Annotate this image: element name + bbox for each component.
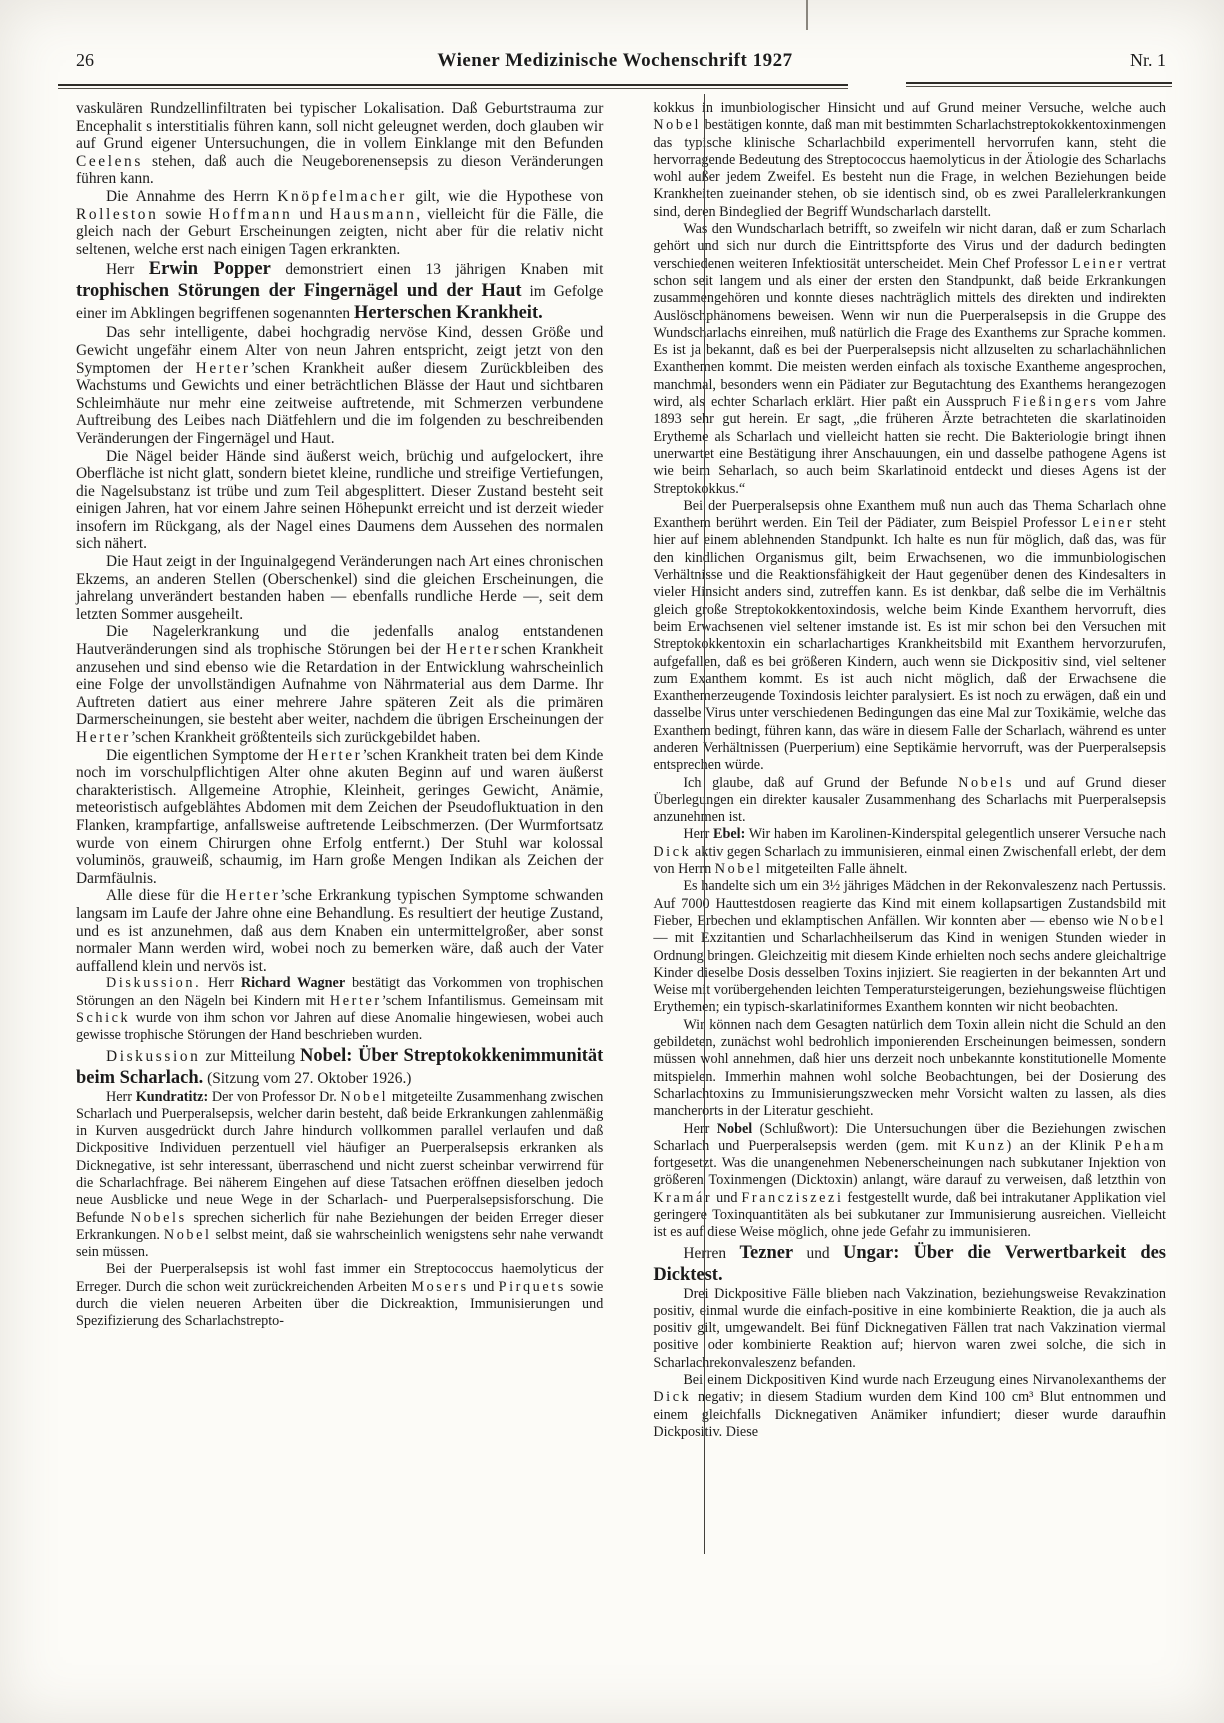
text-segment: demonstriert einen 13 jährigen Knaben mi…: [271, 261, 604, 278]
paragraph: Bei einem Dickpositiven Kind wurde nach …: [653, 1372, 1166, 1441]
text-segment: Leiner: [1081, 515, 1134, 531]
text-segment: ’schen Krankheit traten bei dem Kinde no…: [76, 747, 603, 887]
text-segment: Kundratitz:: [136, 1089, 209, 1105]
text-segment: ’schen Krankheit größtenteils sich zurüc…: [131, 729, 481, 746]
text-segment: Peham: [1114, 1138, 1166, 1154]
text-segment: mitgeteilte Zusammenhang zwischen Scharl…: [76, 1089, 603, 1226]
text-segment: vaskulären Rundzellinfiltraten bei typis…: [76, 100, 603, 152]
paragraph: Wir können nach dem Gesagten natürlich d…: [653, 1017, 1166, 1121]
text-segment: Herter: [307, 747, 362, 764]
text-segment: Dick: [653, 844, 691, 860]
text-segment: wurde von ihm schon vor Jahren auf diese…: [76, 1010, 603, 1043]
text-segment: Die Haut zeigt in der Inguinalgegend Ver…: [76, 553, 603, 623]
text-segment: Drei Dickpositive Fälle blieben nach Vak…: [653, 1286, 1166, 1371]
paragraph: Herr Kundratitz: Der von Professor Dr. N…: [76, 1089, 603, 1262]
text-segment: Wir haben im Karolinen-Kinderspital gele…: [745, 826, 1166, 842]
text-segment: Pirquets: [499, 1279, 566, 1295]
paragraph: Herr Erwin Popper demonstriert einen 13 …: [76, 258, 603, 324]
text-segment: Schick: [76, 1010, 130, 1026]
text-segment: Herr: [106, 1089, 136, 1105]
text-segment: und: [292, 206, 329, 223]
paragraph: Herr Nobel (Schlußwort): Die Untersuchun…: [653, 1121, 1166, 1242]
text-segment: steht hier auf einem ablehnenden Standpu…: [653, 515, 1166, 773]
text-segment: Die eigentlichen Symptome der: [106, 747, 307, 764]
text-segment: zur Mitteilung: [200, 1048, 300, 1065]
issue-number: Nr. 1: [1130, 50, 1166, 71]
text-segment: Ceelens: [76, 153, 143, 170]
text-segment: Nobel: [1118, 913, 1166, 929]
text-segment: Herren: [683, 1245, 739, 1262]
text-segment: Herr: [683, 1121, 716, 1137]
text-columns: vaskulären Rundzellinfiltraten bei typis…: [76, 100, 1166, 1441]
text-segment: Herr: [683, 826, 713, 842]
text-segment: vertrat schon seit langem und als einer …: [653, 256, 1166, 410]
text-segment: Herter: [225, 887, 280, 904]
text-segment: — mit Exzitantien und Scharlachheilserum…: [653, 930, 1166, 1015]
text-segment: Herter: [196, 360, 251, 377]
text-segment: ) an der Klinik: [1006, 1138, 1114, 1154]
paragraph: Die Haut zeigt in der Inguinalgegend Ver…: [76, 553, 603, 623]
right-column: kokkus in imunbiologischer Hinsicht und …: [653, 100, 1166, 1441]
paragraph: Das sehr intelligente, dabei hochgradig …: [76, 324, 603, 447]
paragraph: Ich glaube, daß auf Grund der Befunde No…: [653, 775, 1166, 827]
text-segment: Herr: [106, 261, 149, 278]
paragraph: Alle diese für die Herter’sche Erkrankun…: [76, 887, 603, 975]
text-segment: Herter: [446, 641, 501, 658]
paragraph: Es handelte sich um ein 3½ jähriges Mädc…: [653, 878, 1166, 1016]
text-segment: Rolleston: [76, 206, 158, 223]
paragraph: Die Nägel beider Hände sind äußerst weic…: [76, 448, 603, 554]
text-segment: und: [793, 1245, 843, 1262]
text-segment: Ich glaube, daß auf Grund der Befunde: [683, 775, 958, 791]
text-segment: Hausmann: [330, 206, 417, 223]
paragraph: Diskussion. Herr Richard Wagner bestätig…: [76, 975, 603, 1044]
header-rule-right: [906, 82, 1172, 87]
left-column: vaskulären Rundzellinfiltraten bei typis…: [76, 100, 603, 1441]
paragraph: Herren Tezner und Ungar: Über die Verwer…: [653, 1242, 1166, 1286]
paragraph: Was den Wundscharlach betrifft, so zweif…: [653, 221, 1166, 498]
column-divider: [704, 94, 705, 1554]
text-segment: und: [469, 1279, 499, 1295]
journal-page: 26 Wiener Medizinische Wochenschrift 192…: [0, 0, 1224, 1723]
paragraph: Diskussion zur Mitteilung Nobel: Über St…: [76, 1045, 603, 1089]
text-segment: trophischen Störungen der Fingernägel un…: [76, 280, 522, 300]
journal-title: Wiener Medizinische Wochenschrift 1927: [58, 50, 1172, 72]
text-segment: Francziszezi: [741, 1190, 843, 1206]
text-segment: Nobels: [131, 1210, 187, 1226]
text-segment: Nobels: [958, 775, 1014, 791]
text-segment: bestätigen konnte, daß man mit bestimmte…: [653, 117, 1166, 219]
paragraph: Bei der Puerperalsepsis ist wohl fast im…: [76, 1261, 603, 1330]
paragraph: Die Nagelerkrankung und die jedenfalls a…: [76, 623, 603, 746]
text-segment: Herterschen Krankheit.: [354, 302, 543, 322]
scan-fold-mark: [806, 0, 808, 30]
text-segment: Alle diese für die: [106, 887, 225, 904]
text-segment: Herter: [330, 993, 382, 1009]
paragraph: vaskulären Rundzellinfiltraten bei typis…: [76, 100, 603, 188]
text-segment: Wir können nach dem Gesagten natürlich d…: [653, 1017, 1166, 1119]
text-segment: Hoffmann: [209, 206, 293, 223]
text-segment: Nobel: [717, 1121, 752, 1137]
text-segment: (Sitzung vom 27. Oktober 1926.): [203, 1070, 411, 1087]
header-rule-left: [58, 84, 848, 89]
paragraph: Bei der Puerperalsepsis ohne Exanthem mu…: [653, 498, 1166, 775]
text-segment: Diskussion: [106, 1048, 200, 1065]
text-segment: Nobel: [653, 117, 701, 133]
text-segment: Dick: [653, 1389, 691, 1405]
text-segment: Der von Professor Dr.: [208, 1089, 340, 1105]
text-segment: Erwin Popper: [149, 258, 271, 278]
text-segment: gilt, wie die Hypothese von: [407, 188, 603, 205]
text-segment: Die Nägel beider Hände sind äußerst weic…: [76, 448, 603, 553]
text-segment: Bei einem Dickpositiven Kind wurde nach …: [683, 1372, 1166, 1388]
text-segment: Ebel:: [713, 826, 745, 842]
text-segment: kokkus in imunbiologischer Hinsicht und …: [653, 100, 1166, 116]
text-segment: Herter: [76, 729, 131, 746]
text-segment: Leiner: [1072, 256, 1125, 272]
text-segment: fortgesetzt. Was die unangenehmen Nebene…: [653, 1155, 1166, 1188]
text-segment: stehen, daß auch die Neugeborenensepsis …: [76, 153, 603, 188]
paragraph: Die Annahme des Herrn Knöpfelmacher gilt…: [76, 188, 603, 258]
text-segment: Diskussion.: [106, 975, 201, 991]
page-header: 26 Wiener Medizinische Wochenschrift 192…: [58, 50, 1172, 76]
paragraph: Drei Dickpositive Fälle blieben nach Vak…: [653, 1286, 1166, 1372]
text-segment: Tezner: [739, 1242, 793, 1262]
paragraph: Herr Ebel: Wir haben im Karolinen-Kinder…: [653, 826, 1166, 878]
text-segment: Nobel: [341, 1089, 389, 1105]
paragraph: Die eigentlichen Symptome der Herter’sch…: [76, 747, 603, 888]
text-segment: mitgeteilten Falle ähnelt.: [762, 861, 907, 877]
text-segment: Nobel: [164, 1227, 212, 1243]
text-segment: und: [712, 1190, 741, 1206]
text-segment: ’schem Infantilismus. Gemeinsam mit: [382, 993, 604, 1009]
text-segment: Knöpfelmacher: [277, 188, 407, 205]
text-segment: sowie: [158, 206, 208, 223]
text-segment: Richard Wagner: [241, 975, 345, 991]
text-segment: Nobel: [715, 861, 763, 877]
text-segment: Fießingers: [1013, 394, 1099, 410]
text-segment: Mosers: [411, 1279, 468, 1295]
text-segment: Die Annahme des Herrn: [106, 188, 277, 205]
text-segment: negativ; in diesem Stadium wurden dem Ki…: [653, 1389, 1166, 1440]
text-segment: Es handelte sich um ein 3½ jähriges Mädc…: [653, 878, 1166, 929]
text-segment: Herr: [201, 975, 241, 991]
text-segment: Kunz: [965, 1138, 1006, 1154]
paragraph: kokkus in imunbiologischer Hinsicht und …: [653, 100, 1166, 221]
